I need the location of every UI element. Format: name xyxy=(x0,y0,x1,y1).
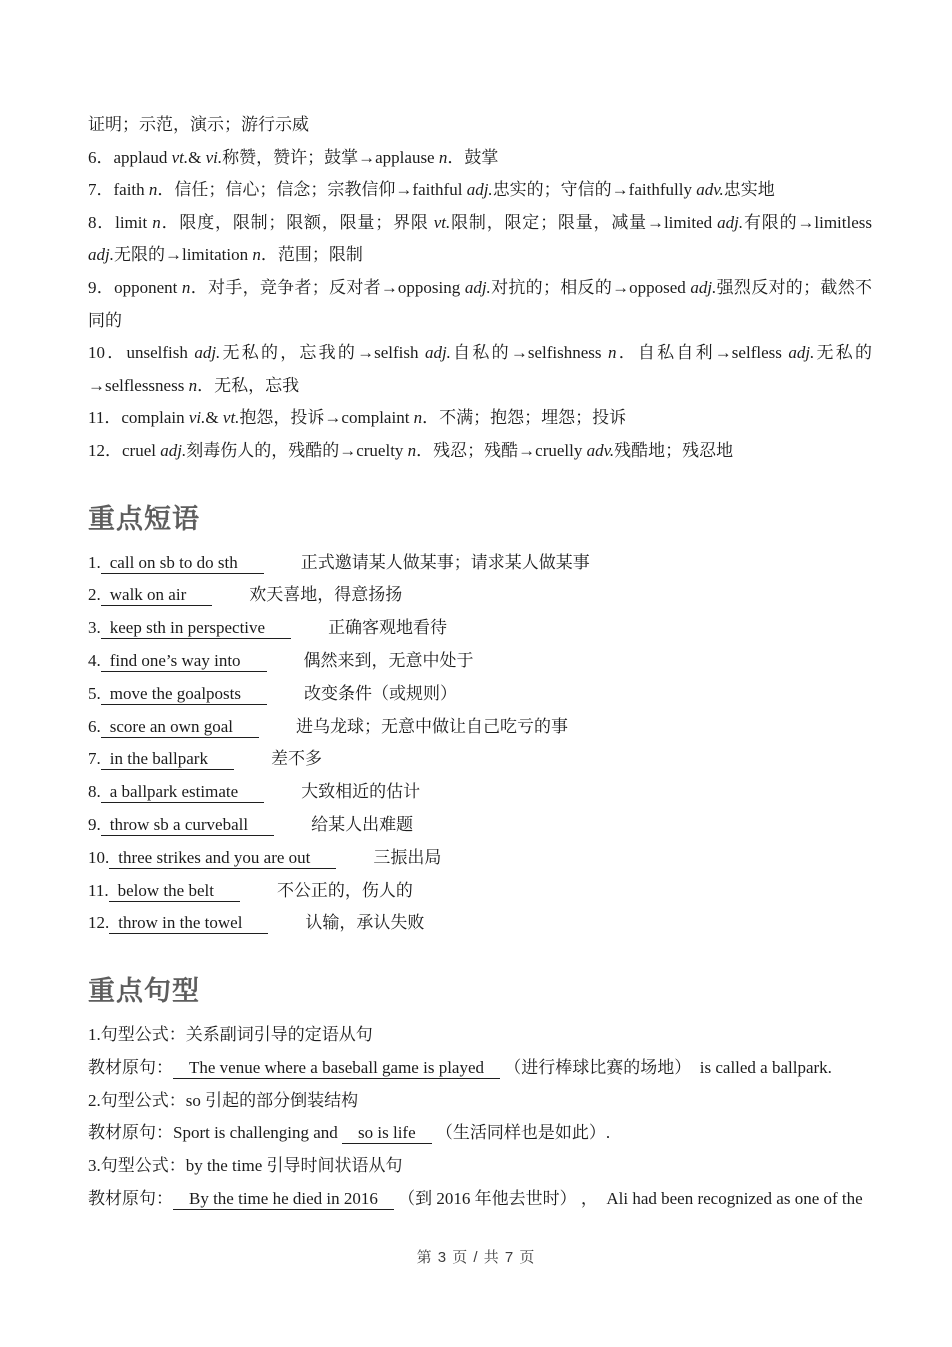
phrase-number: 8. xyxy=(88,782,101,801)
phrase-meaning: 不公正的，伤人的 xyxy=(277,881,413,900)
phrase-number: 2. xyxy=(88,585,101,604)
vocab-item-line: 10．unselfish adj.无私的，忘我的→selfish adj.自私的… xyxy=(88,337,872,402)
phrase-number: 10. xyxy=(88,848,109,867)
phrase-meaning: 大致相近的估计 xyxy=(301,782,420,801)
phrase-item: 2.walk on air欢天喜地，得意扬扬 xyxy=(88,579,872,612)
phrase-blank: move the goalposts xyxy=(101,684,267,705)
phrases-heading: 重点短语 xyxy=(88,501,872,537)
vocab-section: 证明；示范，演示；游行示威 6．applaud vt.& vi.称赞，赞许；鼓掌… xyxy=(88,109,872,468)
phrase-item: 9.throw sb a curveball给某人出难题 xyxy=(88,809,872,842)
document-page: 证明；示范，演示；游行示威 6．applaud vt.& vi.称赞，赞许；鼓掌… xyxy=(88,109,872,1216)
pattern-line: 教材原句：The venue where a baseball game is … xyxy=(88,1052,872,1085)
phrase-blank: three strikes and you are out xyxy=(109,848,336,869)
pattern-line: 教材原句：By the time he died in 2016 （到 2016… xyxy=(88,1183,872,1216)
phrase-number: 7. xyxy=(88,749,101,768)
phrase-item: 7.in the ballpark差不多 xyxy=(88,743,872,776)
phrase-meaning: 正式邀请某人做某事；请求某人做某事 xyxy=(301,553,590,572)
phrase-number: 11. xyxy=(88,881,109,900)
phrase-meaning: 偶然来到，无意中处于 xyxy=(304,651,474,670)
phrase-number: 4. xyxy=(88,651,101,670)
phrase-list: 1.call on sb to do sth正式邀请某人做某事；请求某人做某事 … xyxy=(88,547,872,941)
phrase-item: 11.below the belt不公正的，伤人的 xyxy=(88,875,872,908)
vocab-item-line: 证明；示范，演示；游行示威 xyxy=(88,109,872,142)
phrase-blank: call on sb to do sth xyxy=(101,553,264,574)
phrase-meaning: 三振出局 xyxy=(373,848,441,867)
phrase-blank: throw in the towel xyxy=(109,913,268,934)
phrase-blank: find one’s way into xyxy=(101,651,267,672)
pattern-line: 1.句型公式：关系副词引导的定语从句 xyxy=(88,1019,872,1052)
phrase-meaning: 认输，承认失败 xyxy=(305,913,424,932)
phrase-blank: throw sb a curveball xyxy=(101,815,274,836)
pattern-line: 2.句型公式：so 引起的部分倒装结构 xyxy=(88,1085,872,1118)
pattern-line: 教材原句：Sport is challenging and so is life… xyxy=(88,1117,872,1150)
phrase-number: 1. xyxy=(88,553,101,572)
vocab-item-line: 11．complain vi.& vt.抱怨，投诉→complaint n．不满… xyxy=(88,402,872,435)
phrase-meaning: 欢天喜地，得意扬扬 xyxy=(249,585,402,604)
phrase-item: 10.three strikes and you are out三振出局 xyxy=(88,842,872,875)
vocab-item-line: 6．applaud vt.& vi.称赞，赞许；鼓掌→applause n．鼓掌 xyxy=(88,142,872,175)
patterns-heading: 重点句型 xyxy=(88,973,872,1009)
phrase-item: 1.call on sb to do sth正式邀请某人做某事；请求某人做某事 xyxy=(88,547,872,580)
phrase-meaning: 进乌龙球；无意中做让自己吃亏的事 xyxy=(296,717,568,736)
phrase-blank: score an own goal xyxy=(101,717,259,738)
phrase-meaning: 正确客观地看待 xyxy=(328,618,447,637)
vocab-item-line: 12．cruel adj.刻毒伤人的，残酷的→cruelty n．残忍；残酷→c… xyxy=(88,435,872,468)
phrase-blank: in the ballpark xyxy=(101,749,234,770)
phrase-blank: below the belt xyxy=(109,881,240,902)
phrase-blank: keep sth in perspective xyxy=(101,618,291,639)
phrase-number: 6. xyxy=(88,717,101,736)
vocab-item-line: 7．faith n．信任；信心；信念；宗教信仰→faithful adj.忠实的… xyxy=(88,174,872,207)
page-number-footer: 第 3 页 / 共 7 页 xyxy=(0,1246,952,1267)
vocab-item-line: 8．limit n．限度，限制；限额，限量；界限 vt.限制，限定；限量，减量→… xyxy=(88,207,872,272)
phrase-number: 9. xyxy=(88,815,101,834)
phrase-item: 5.move the goalposts改变条件（或规则） xyxy=(88,678,872,711)
phrase-number: 5. xyxy=(88,684,101,703)
pattern-list: 1.句型公式：关系副词引导的定语从句 教材原句：The venue where … xyxy=(88,1019,872,1216)
phrase-number: 3. xyxy=(88,618,101,637)
phrase-number: 12. xyxy=(88,913,109,932)
phrase-blank: walk on air xyxy=(101,585,212,606)
phrase-meaning: 差不多 xyxy=(271,749,322,768)
phrase-meaning: 改变条件（或规则） xyxy=(304,684,457,703)
phrase-item: 3.keep sth in perspective正确客观地看待 xyxy=(88,612,872,645)
phrase-item: 6.score an own goal进乌龙球；无意中做让自己吃亏的事 xyxy=(88,711,872,744)
phrase-blank: a ballpark estimate xyxy=(101,782,264,803)
phrase-item: 12.throw in the towel认输，承认失败 xyxy=(88,907,872,940)
phrase-item: 8.a ballpark estimate大致相近的估计 xyxy=(88,776,872,809)
phrase-item: 4.find one’s way into偶然来到，无意中处于 xyxy=(88,645,872,678)
vocab-item-line: 9．opponent n．对手，竞争者；反对者→opposing adj.对抗的… xyxy=(88,272,872,337)
pattern-line: 3.句型公式：by the time 引导时间状语从句 xyxy=(88,1150,872,1183)
phrase-meaning: 给某人出难题 xyxy=(311,815,413,834)
